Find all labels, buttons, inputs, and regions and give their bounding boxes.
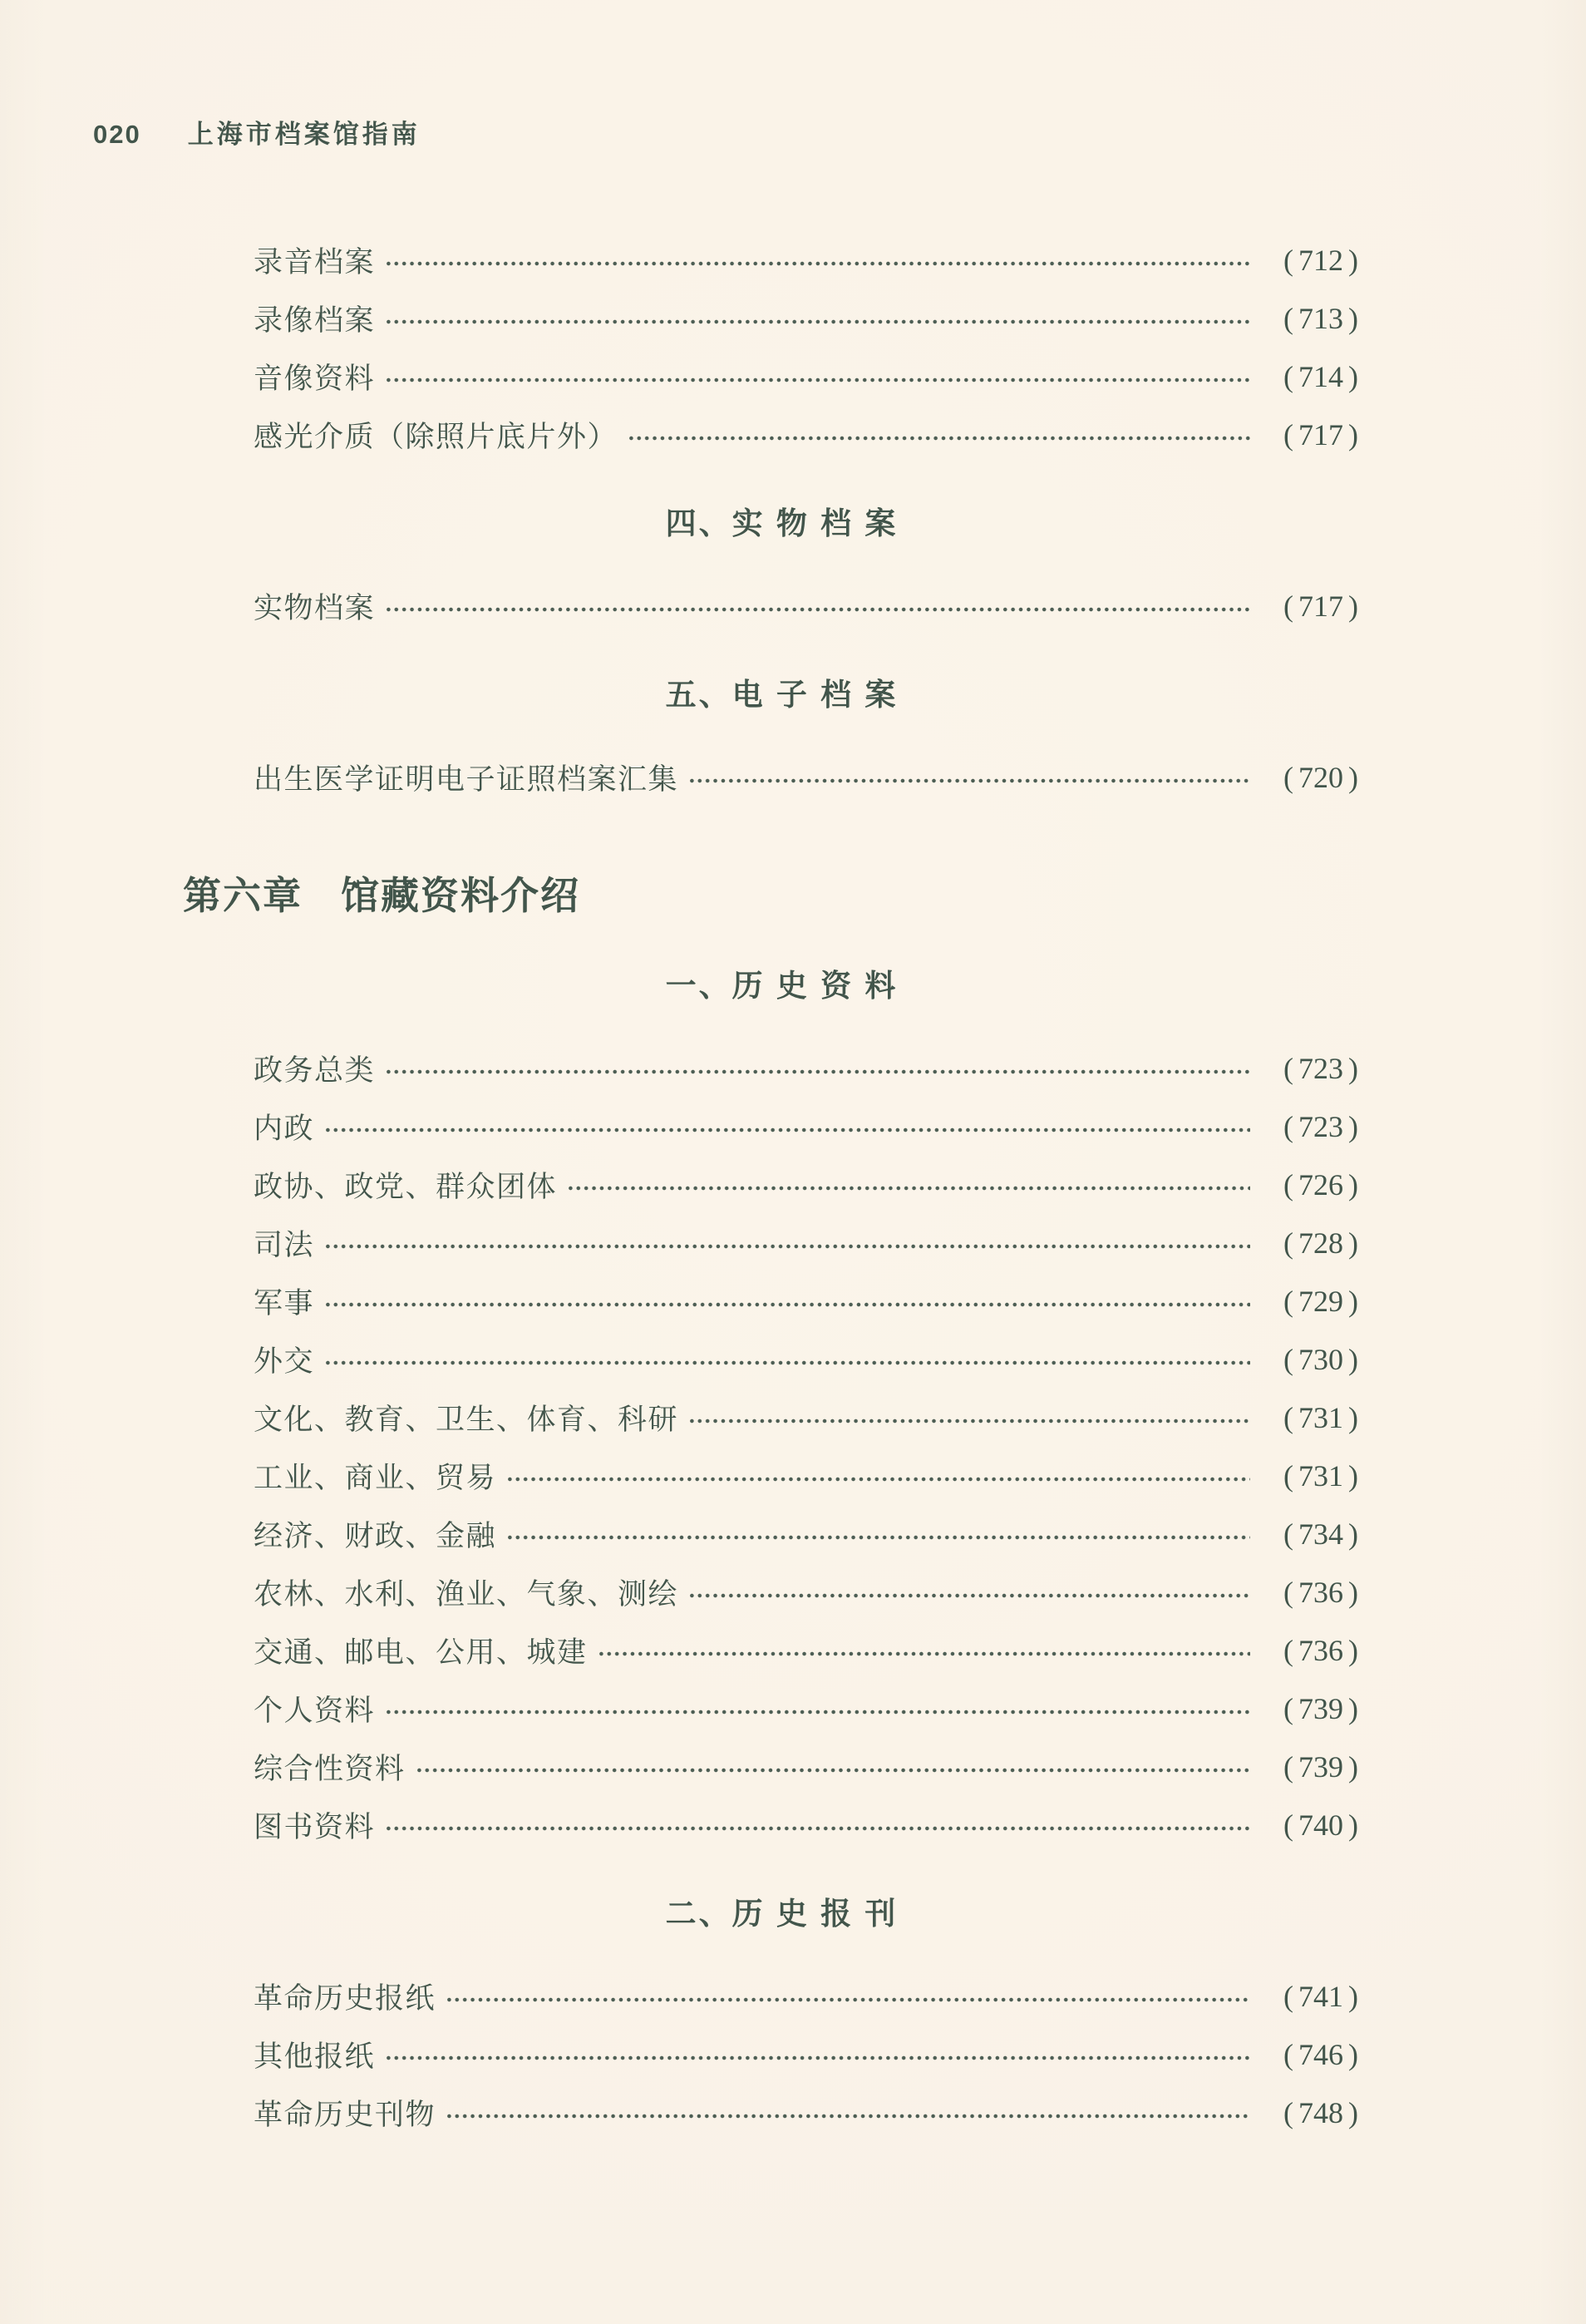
paren-open: ( — [1278, 1167, 1298, 1202]
paren-close: ) — [1343, 1109, 1363, 1144]
toc-entry: 其他报纸(746) — [254, 2025, 1363, 2084]
page-number: 730 — [1298, 1342, 1343, 1377]
toc-entry-page: (748) — [1265, 2095, 1363, 2130]
toc-entry-page: (746) — [1265, 2037, 1363, 2072]
toc-entry-title: 图书资料 — [254, 1804, 375, 1846]
paren-open: ( — [1278, 2095, 1298, 2130]
toc-entry-page: (740) — [1265, 1808, 1363, 1843]
toc-entry: 实物档案(717) — [254, 577, 1363, 635]
paren-close: ) — [1343, 1400, 1363, 1435]
paren-close: ) — [1343, 417, 1363, 452]
toc-entry-page: (714) — [1265, 359, 1363, 394]
toc-entry: 个人资料(739) — [254, 1680, 1363, 1738]
page-header: 020 上海市档案馆指南 — [93, 113, 421, 150]
toc-entry-title: 政协、政党、群众团体 — [254, 1164, 557, 1206]
toc-entry: 交通、邮电、公用、城建(736) — [254, 1621, 1363, 1680]
toc-entry: 政协、政党、群众团体(726) — [254, 1156, 1363, 1214]
toc-entry: 革命历史报纸(741) — [254, 1967, 1363, 2025]
paren-close: ) — [1343, 301, 1363, 336]
page-number: 741 — [1298, 1979, 1343, 2014]
toc-entry: 图书资料(740) — [254, 1796, 1363, 1854]
toc-entry: 军事(729) — [254, 1272, 1363, 1330]
toc-entry-title: 出生医学证明电子证照档案汇集 — [254, 757, 678, 798]
page-number: 731 — [1298, 1458, 1343, 1493]
page-number: 712 — [1298, 243, 1343, 278]
toc-entry-page: (713) — [1265, 301, 1363, 336]
paren-open: ( — [1278, 1051, 1298, 1086]
dotted-leader — [387, 1709, 1250, 1715]
page-number: 739 — [1298, 1691, 1343, 1726]
dotted-leader — [690, 1418, 1250, 1424]
dotted-leader — [508, 1534, 1250, 1541]
paren-open: ( — [1278, 1808, 1298, 1843]
toc-entry: 感光介质（除照片底片外）(717) — [254, 406, 1363, 464]
dotted-leader — [387, 260, 1250, 267]
dotted-leader — [387, 1825, 1250, 1832]
paren-open: ( — [1278, 243, 1298, 278]
dotted-leader — [690, 777, 1250, 784]
toc-entry-title: 工业、商业、贸易 — [254, 1455, 496, 1497]
page-number: 728 — [1298, 1226, 1343, 1261]
page-number: 729 — [1298, 1284, 1343, 1319]
dotted-leader — [387, 318, 1250, 325]
paren-close: ) — [1343, 589, 1363, 624]
paren-open: ( — [1278, 1109, 1298, 1144]
paren-close: ) — [1343, 1749, 1363, 1784]
toc-entry-page: (717) — [1265, 417, 1363, 452]
paren-close: ) — [1343, 1458, 1363, 1493]
toc-entry-page: (731) — [1265, 1400, 1363, 1435]
toc-entry-title: 个人资料 — [254, 1688, 375, 1729]
paren-close: ) — [1343, 1575, 1363, 1610]
section-heading: 一、历 史 资 料 — [227, 954, 1337, 1012]
toc-entry: 农林、水利、渔业、气象、测绘(736) — [254, 1563, 1363, 1621]
toc-entry-page: (736) — [1265, 1633, 1363, 1668]
dotted-leader — [599, 1650, 1250, 1657]
paren-open: ( — [1278, 2037, 1298, 2072]
toc-entry-title: 录音档案 — [254, 239, 375, 281]
toc-entry: 工业、商业、贸易(731) — [254, 1447, 1363, 1505]
paren-close: ) — [1343, 1979, 1363, 2014]
toc-entry-title: 革命历史刊物 — [254, 2092, 436, 2134]
dotted-leader — [447, 2113, 1250, 2119]
toc-entry-page: (730) — [1265, 1342, 1363, 1377]
dotted-leader — [387, 1068, 1250, 1075]
paren-open: ( — [1278, 1342, 1298, 1377]
dotted-leader — [326, 1243, 1250, 1250]
toc-entry-page: (728) — [1265, 1226, 1363, 1261]
paren-close: ) — [1343, 1691, 1363, 1726]
toc-entry-title: 实物档案 — [254, 585, 375, 627]
scanned-book-page: 020 上海市档案馆指南 录音档案(712)录像档案(713)音像资料(714)… — [0, 0, 1586, 2324]
toc-entry: 出生医学证明电子证照档案汇集(720) — [254, 748, 1363, 807]
toc-entry-page: (741) — [1265, 1979, 1363, 2014]
toc-entry: 革命历史刊物(748) — [254, 2084, 1363, 2142]
toc-entry: 内政(723) — [254, 1098, 1363, 1156]
toc-entry-title: 军事 — [254, 1280, 314, 1322]
toc-entry-title: 司法 — [254, 1222, 314, 1264]
toc-entry-page: (723) — [1265, 1051, 1363, 1086]
toc-entry: 政务总类(723) — [254, 1039, 1363, 1098]
dotted-leader — [387, 377, 1250, 383]
page-number: 736 — [1298, 1633, 1343, 1668]
paren-close: ) — [1343, 1808, 1363, 1843]
page-number: 739 — [1298, 1749, 1343, 1784]
toc-entry-title: 经济、财政、金融 — [254, 1513, 496, 1555]
dotted-leader — [326, 1359, 1250, 1366]
toc-entry-title: 内政 — [254, 1106, 314, 1147]
chapter-number: 第六章 — [183, 866, 303, 920]
section-heading: 五、电 子 档 案 — [227, 663, 1337, 721]
paren-open: ( — [1278, 359, 1298, 394]
paren-close: ) — [1343, 1226, 1363, 1261]
toc-entry-title: 革命历史报纸 — [254, 1976, 436, 2017]
paren-open: ( — [1278, 1400, 1298, 1435]
toc-entry-title: 感光介质（除照片底片外） — [254, 414, 618, 456]
page-number: 748 — [1298, 2095, 1343, 2130]
section-heading: 四、实 物 档 案 — [227, 491, 1337, 550]
paren-open: ( — [1278, 589, 1298, 624]
toc-entry: 综合性资料(739) — [254, 1738, 1363, 1796]
paren-open: ( — [1278, 1633, 1298, 1668]
paren-close: ) — [1343, 1517, 1363, 1552]
toc-entry-page: (739) — [1265, 1749, 1363, 1784]
running-head-book-title: 上海市档案馆指南 — [188, 113, 421, 150]
toc-entry-title: 文化、教育、卫生、体育、科研 — [254, 1397, 678, 1438]
toc-entry-title: 农林、水利、渔业、气象、测绘 — [254, 1572, 678, 1613]
paren-open: ( — [1278, 1517, 1298, 1552]
paren-close: ) — [1343, 1284, 1363, 1319]
dotted-leader — [326, 1127, 1250, 1133]
paren-close: ) — [1343, 1633, 1363, 1668]
paren-open: ( — [1278, 1458, 1298, 1493]
toc-entry-page: (739) — [1265, 1691, 1363, 1726]
paren-open: ( — [1278, 1749, 1298, 1784]
paren-open: ( — [1278, 1284, 1298, 1319]
toc-entry: 司法(728) — [254, 1214, 1363, 1272]
toc-entry-page: (731) — [1265, 1458, 1363, 1493]
page-number: 736 — [1298, 1575, 1343, 1610]
paren-open: ( — [1278, 1979, 1298, 2014]
table-of-contents: 录音档案(712)录像档案(713)音像资料(714)感光介质（除照片底片外）(… — [254, 231, 1363, 2142]
page-number: 714 — [1298, 359, 1343, 394]
toc-entry-title: 政务总类 — [254, 1048, 375, 1089]
dotted-leader — [417, 1767, 1250, 1774]
toc-entry-page: (720) — [1265, 760, 1363, 795]
dotted-leader — [508, 1476, 1250, 1483]
page-number: 723 — [1298, 1051, 1343, 1086]
toc-entry: 录音档案(712) — [254, 231, 1363, 289]
toc-entry: 文化、教育、卫生、体育、科研(731) — [254, 1389, 1363, 1447]
toc-entry-title: 音像资料 — [254, 356, 375, 397]
toc-entry-title: 其他报纸 — [254, 2034, 375, 2075]
paren-close: ) — [1343, 1342, 1363, 1377]
paren-open: ( — [1278, 760, 1298, 795]
paren-close: ) — [1343, 1051, 1363, 1086]
page-number: 746 — [1298, 2037, 1343, 2072]
page-number: 731 — [1298, 1400, 1343, 1435]
dotted-leader — [387, 606, 1250, 613]
paren-open: ( — [1278, 1691, 1298, 1726]
toc-entry-page: (729) — [1265, 1284, 1363, 1319]
page-number: 713 — [1298, 301, 1343, 336]
dotted-leader — [629, 435, 1250, 442]
dotted-leader — [447, 1996, 1250, 2003]
paren-open: ( — [1278, 1226, 1298, 1261]
section-heading: 二、历 史 报 刊 — [227, 1882, 1337, 1940]
page-number: 740 — [1298, 1808, 1343, 1843]
toc-entry-title: 交通、邮电、公用、城建 — [254, 1630, 588, 1671]
toc-entry-page: (726) — [1265, 1167, 1363, 1202]
toc-entry: 录像档案(713) — [254, 289, 1363, 348]
toc-entry: 外交(730) — [254, 1330, 1363, 1389]
dotted-leader — [569, 1185, 1250, 1192]
paren-close: ) — [1343, 2095, 1363, 2130]
page-number: 723 — [1298, 1109, 1343, 1144]
page-number: 726 — [1298, 1167, 1343, 1202]
chapter-title: 馆藏资料介绍 — [341, 866, 580, 920]
toc-entry-page: (717) — [1265, 589, 1363, 624]
dotted-leader — [387, 2055, 1250, 2061]
toc-entry: 经济、财政、金融(734) — [254, 1505, 1363, 1563]
toc-entry-title: 外交 — [254, 1339, 314, 1380]
toc-entry-page: (736) — [1265, 1575, 1363, 1610]
paren-close: ) — [1343, 359, 1363, 394]
paren-open: ( — [1278, 1575, 1298, 1610]
paren-close: ) — [1343, 760, 1363, 795]
toc-entry-title: 录像档案 — [254, 298, 375, 339]
folio-page-number: 020 — [93, 120, 141, 150]
toc-entry: 音像资料(714) — [254, 348, 1363, 406]
toc-entry-page: (734) — [1265, 1517, 1363, 1552]
toc-entry-page: (723) — [1265, 1109, 1363, 1144]
chapter-heading: 第六章馆藏资料介绍 — [183, 860, 1363, 926]
toc-entry-page: (712) — [1265, 243, 1363, 278]
toc-entry-title: 综合性资料 — [254, 1746, 406, 1788]
page-number: 734 — [1298, 1517, 1343, 1552]
dotted-leader — [326, 1301, 1250, 1308]
paren-close: ) — [1343, 243, 1363, 278]
paren-close: ) — [1343, 2037, 1363, 2072]
dotted-leader — [690, 1592, 1250, 1599]
paren-open: ( — [1278, 417, 1298, 452]
paren-close: ) — [1343, 1167, 1363, 1202]
page-number: 720 — [1298, 760, 1343, 795]
paren-open: ( — [1278, 301, 1298, 336]
page-number: 717 — [1298, 589, 1343, 624]
page-number: 717 — [1298, 417, 1343, 452]
